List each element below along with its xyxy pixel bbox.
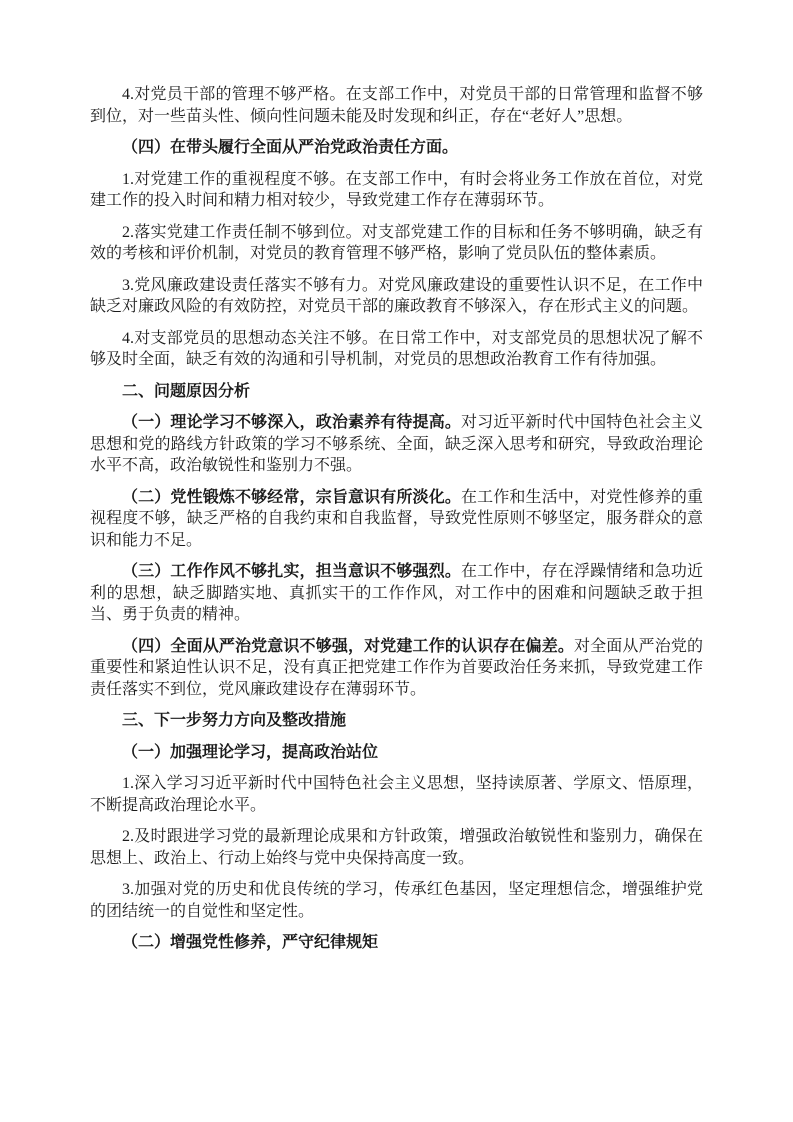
paragraph: 4.对党员干部的管理不够严格。在支部工作中，对党员干部的日常管理和监督不够到位，…: [90, 84, 703, 127]
paragraph: 1.对党建工作的重视程度不够。在支部工作中，有时会将业务工作放在首位，对党建工作…: [90, 169, 703, 212]
paragraph: 3.加强对党的历史和优良传统的学习，传承红色基因，坚定理想信念，增强维护党的团结…: [90, 879, 703, 922]
paragraph: 2.落实党建工作责任制不够到位。对支部党建工作的目标和任务不够明确，缺乏有效的考…: [90, 222, 703, 265]
paragraph: 1.深入学习习近平新时代中国特色社会主义思想，坚持读原著、学原文、悟原理，不断提…: [90, 773, 703, 816]
section-heading: （二）增强党性修养，严守纪律规矩: [90, 932, 703, 954]
paragraph: （一）理论学习不够深入，政治素养有待提高。对习近平新时代中国特色社会主义思想和党…: [90, 412, 703, 477]
paragraph-lead: （四）全面从严治党意识不够强，对党建工作的认识存在偏差。: [122, 638, 574, 655]
section-heading: 三、下一步努力方向及整改措施: [90, 710, 703, 732]
paragraph-lead: （一）理论学习不够深入，政治素养有待提高。: [122, 414, 461, 431]
paragraph: 2.及时跟进学习党的最新理论成果和方针政策，增强政治敏锐性和鉴别力，确保在思想上…: [90, 826, 703, 869]
paragraph-lead: （三）工作作风不够扎实，担当意识不够强烈。: [122, 563, 461, 580]
section-heading: （四）在带头履行全面从严治党政治责任方面。: [90, 137, 703, 159]
section-heading: （一）加强理论学习，提高政治站位: [90, 742, 703, 764]
paragraph-lead: （二）党性锻炼不够经常，宗旨意识有所淡化。: [122, 489, 461, 506]
paragraph: （四）全面从严治党意识不够强，对党建工作的认识存在偏差。对全面从严治党的重要性和…: [90, 636, 703, 701]
paragraph: 4.对支部党员的思想动态关注不够。在日常工作中，对支部党员的思想状况了解不够及时…: [90, 328, 703, 371]
paragraph: （三）工作作风不够扎实，担当意识不够强烈。在工作中，存在浮躁情绪和急功近利的思想…: [90, 561, 703, 626]
section-heading: 二、问题原因分析: [90, 381, 703, 403]
document-page: 4.对党员干部的管理不够严格。在支部工作中，对党员干部的日常管理和监督不够到位，…: [0, 0, 793, 1122]
paragraph: 3.党风廉政建设责任落实不够有力。对党风廉政建设的重要性认识不足，在工作中缺乏对…: [90, 275, 703, 318]
paragraph: （二）党性锻炼不够经常，宗旨意识有所淡化。在工作和生活中，对党性修养的重视程度不…: [90, 487, 703, 552]
